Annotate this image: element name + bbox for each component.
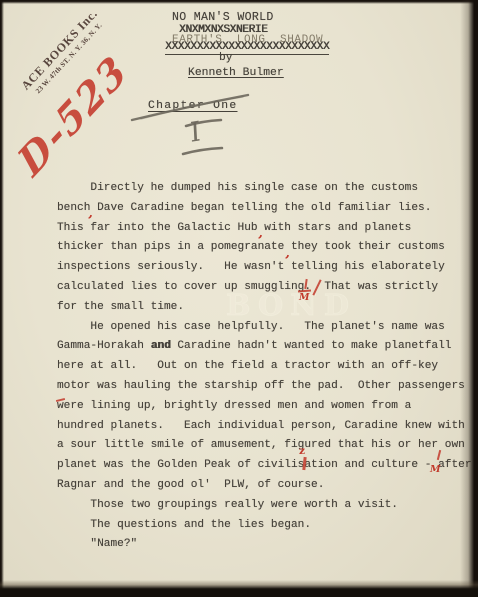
margin-red-tick [56, 398, 65, 402]
z-insert: z [299, 445, 305, 457]
red-comma-insert-1: , [87, 206, 95, 222]
emdash-proof-m-1: M [299, 292, 310, 303]
emdash-proof-tick-1 [304, 279, 307, 289]
emdash-proof-m-2: M [430, 464, 441, 475]
paper-page: BOND ACE BOOKS Inc. 23 W. 47th ST. N. Y.… [0, 0, 478, 597]
red-comma-insert-3: , [284, 246, 292, 262]
that-strike-slash [312, 279, 321, 295]
z-insert-slash [302, 457, 306, 470]
red-comma-insert-2: , [257, 226, 265, 242]
red-ink-annotations: ,,,MzM [0, 0, 478, 597]
emdash-proof-tick-2 [437, 450, 441, 460]
manuscript-scan: BOND ACE BOOKS Inc. 23 W. 47th ST. N. Y.… [0, 0, 478, 597]
